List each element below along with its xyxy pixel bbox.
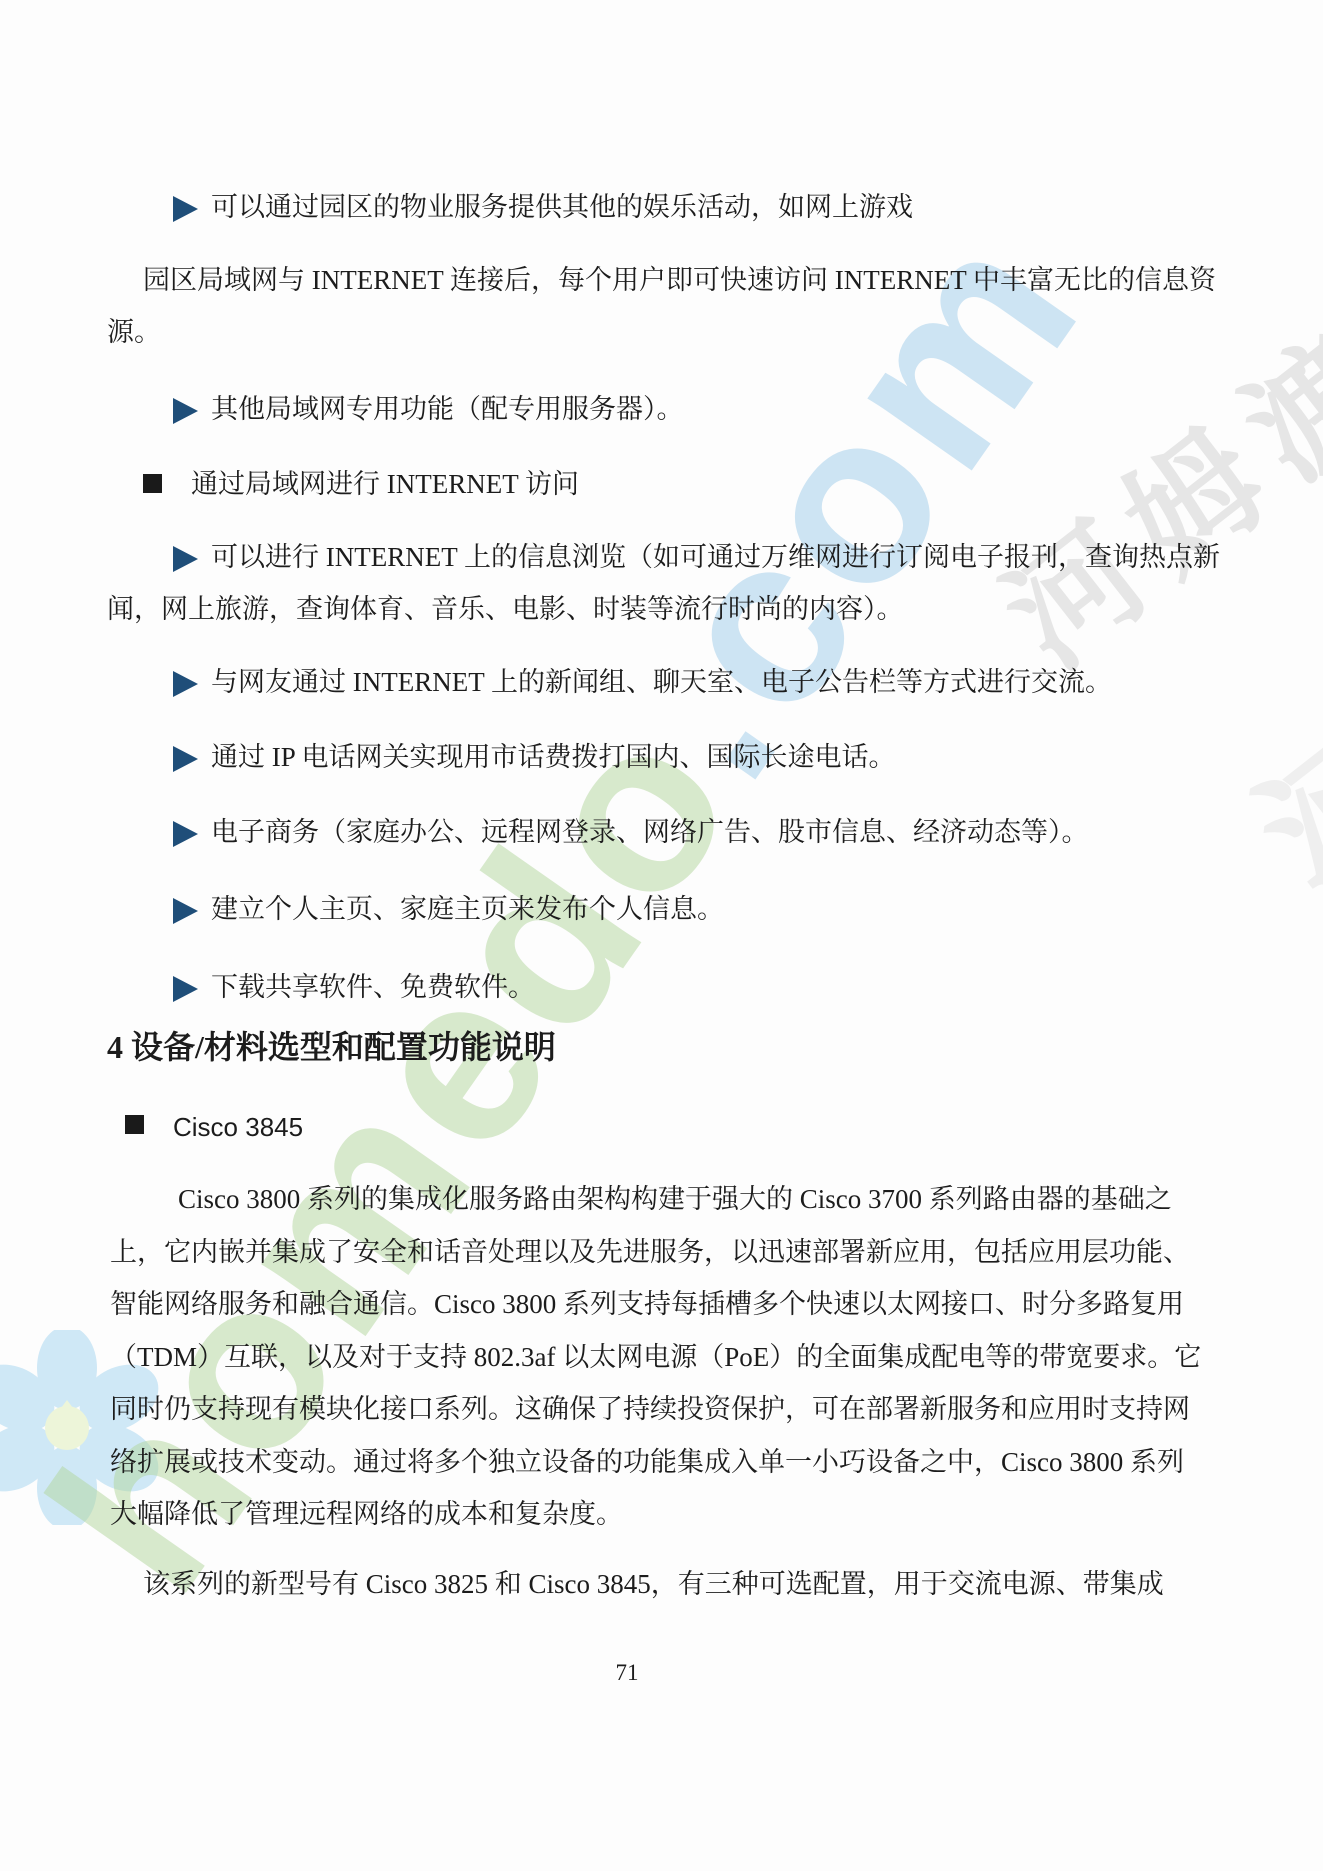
bullet-ecommerce: 电子商务（家庭办公、远程网登录、网络广告、股市信息、经济动态等）。 [211, 815, 1089, 849]
bullet-homepage: 建立个人主页、家庭主页来发布个人信息。 [211, 892, 724, 926]
para-internet-line1: 园区局域网与 INTERNET 连接后，每个用户即可快速访问 INTERNET … [143, 263, 1216, 297]
arrow-bullet-icon [173, 671, 198, 697]
item-cisco-3845: Cisco 3845 [173, 1110, 303, 1144]
cisco-para-line5: 同时仍支持现有模块化接口系列。这确保了持续投资保护，可在部署新服务和应用时支持网 [110, 1392, 1190, 1426]
para-internet-line2: 源。 [107, 315, 161, 349]
section-heading: 4 设备/材料选型和配置功能说明 [107, 1030, 556, 1064]
arrow-bullet-icon [173, 821, 198, 847]
arrow-bullet-icon [173, 196, 198, 222]
arrow-bullet-icon [173, 398, 198, 424]
bullet-download: 下载共享软件、免费软件。 [211, 970, 535, 1004]
square-bullet-icon [143, 474, 162, 493]
cisco-para-line3: 智能网络服务和融合通信。Cisco 3800 系列支持每插槽多个快速以太网接口、… [110, 1287, 1184, 1321]
bullet-newsgroup: 与网友通过 INTERNET 上的新闻组、聊天室、电子公告栏等方式进行交流。 [211, 665, 1112, 699]
arrow-bullet-icon [173, 546, 198, 572]
square-bullet-icon [125, 1115, 144, 1134]
bullet-lan-features: 其他局域网专用功能（配专用服务器）。 [211, 392, 684, 426]
watermark-hemudu-text: 河姆渡 [985, 304, 1323, 687]
cisco-para-line1: Cisco 3800 系列的集成化服务路由架构构建于强大的 Cisco 3700… [178, 1182, 1172, 1216]
document-page: homedo.com 河姆渡 河姆渡 可以通过园区的物业服务提供其他的娱乐活动，… [0, 0, 1323, 1871]
cisco-para-line2: 上，它内嵌并集成了安全和话音处理以及先进服务，以迅速部署新应用，包括应用层功能、 [110, 1235, 1190, 1269]
item-internet-access: 通过局域网进行 INTERNET 访问 [191, 467, 579, 501]
cisco-para-line6: 络扩展或技术变动。通过将多个独立设备的功能集成入单一小巧设备之中，Cisco 3… [110, 1445, 1184, 1479]
arrow-bullet-icon [173, 898, 198, 924]
cisco-para-line7: 大幅降低了管理远程网络的成本和复杂度。 [110, 1497, 623, 1531]
para-models-line1: 该系列的新型号有 Cisco 3825 和 Cisco 3845，有三种可选配置… [143, 1567, 1164, 1601]
bullet-game: 可以通过园区的物业服务提供其他的娱乐活动，如网上游戏 [211, 190, 913, 224]
bullet-browse-line2: 闻，网上旅游，查询体育、音乐、电影、时装等流行时尚的内容）。 [107, 592, 904, 626]
watermark-hemudu-text-edge: 河姆渡 [1235, 429, 1323, 938]
bullet-browse-line1: 可以进行 INTERNET 上的信息浏览（如可通过万维网进行订阅电子报刊，查询热… [211, 540, 1220, 574]
arrow-bullet-icon [173, 746, 198, 772]
arrow-bullet-icon [173, 976, 198, 1002]
cisco-para-line4: （TDM）互联，以及对于支持 802.3af 以太网电源（PoE）的全面集成配电… [110, 1340, 1201, 1374]
page-number: 71 [107, 1660, 1147, 1686]
watermark-homedo: homedo [0, 668, 788, 1635]
bullet-ip-phone: 通过 IP 电话网关实现用市话费拨打国内、国际长途电话。 [211, 740, 896, 774]
